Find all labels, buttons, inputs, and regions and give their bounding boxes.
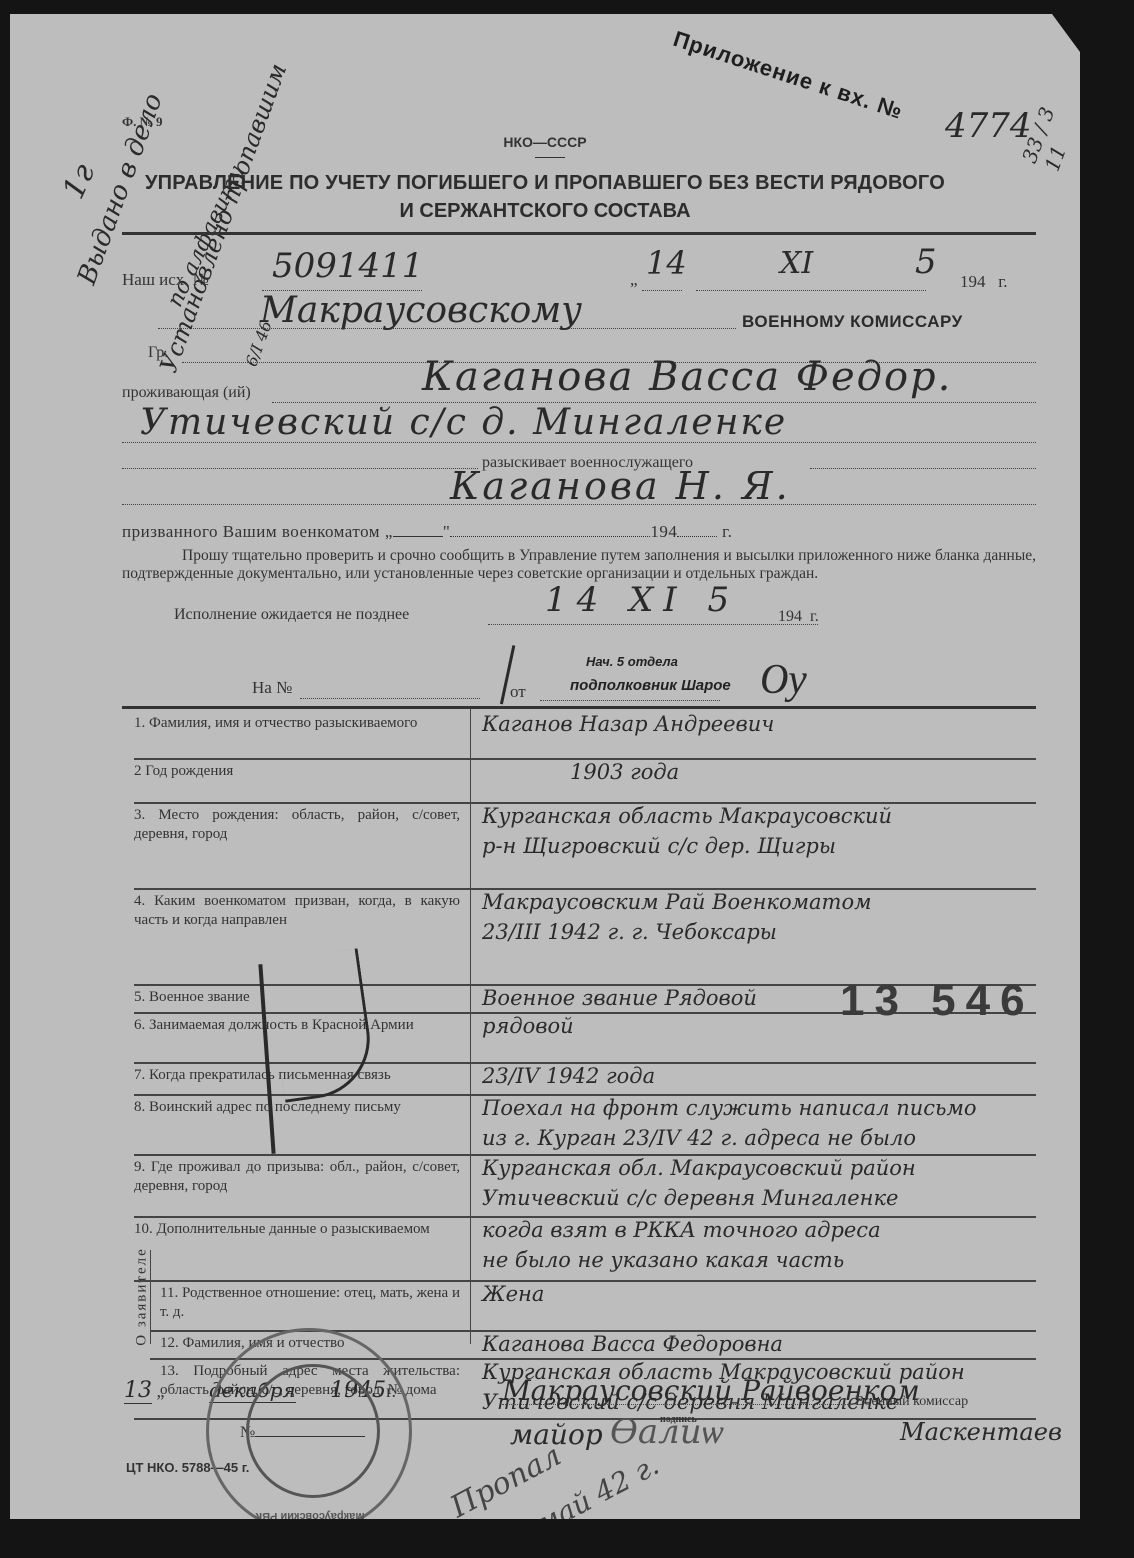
row-answer: Макраусовским Рай Военкоматом — [482, 890, 872, 914]
table-top-rule — [122, 706, 1036, 709]
incoming-stamp-label: Приложение к вх. № — [670, 26, 906, 124]
called-up-label: призванного Вашим военкоматом „"194 г. — [122, 522, 732, 542]
deadline-year: 194 г. — [778, 608, 819, 626]
on-no-label: На № — [252, 678, 292, 698]
commissar-line — [502, 1390, 852, 1405]
row-label-text: Фамилия, имя и отчество разыскиваемого — [149, 715, 417, 731]
row-number: 4. — [134, 893, 145, 909]
called-up-text: призванного Вашим военкоматом — [122, 522, 380, 541]
row-label-text: Где проживал до призыва: обл., район, с/… — [134, 1159, 460, 1194]
org-name: НКО—СССР — [10, 134, 1080, 150]
row-answer: когда взят в РККА точного адреса — [482, 1218, 881, 1242]
row-divider — [134, 1280, 1036, 1282]
row-label: 2 Год рождения — [134, 762, 460, 781]
row-answer: из г. Курган 23/IV 42 г. адреса не было — [482, 1126, 916, 1150]
header-rule — [122, 232, 1036, 235]
row-answer: Каганова Васса Федоровна — [482, 1332, 783, 1356]
row-number: 6. — [134, 1017, 145, 1033]
residing-label: проживающая (ий) — [122, 384, 251, 402]
searching-line-left — [122, 458, 478, 469]
org-divider — [535, 157, 565, 158]
row-label: 10. Дополнительные данные о разыскиваемо… — [134, 1220, 460, 1239]
outgoing-day: 14 — [646, 244, 687, 282]
outgoing-month: XI — [780, 246, 813, 281]
row-label-text: Год рождения — [145, 763, 233, 779]
addressee-hand: Макраусовскому — [260, 290, 582, 331]
outgoing-year: 194 г. — [960, 272, 1008, 292]
commissar-signature: Ѳaлиѡ — [610, 1412, 723, 1452]
row-number: 5. — [134, 989, 145, 1005]
round-stamp-text: Макраусовский РВК — [210, 1510, 410, 1522]
row-number: 7. — [134, 1067, 145, 1083]
row-answer: не было не указано какая часть — [482, 1248, 844, 1272]
row-answer: Курганская область Макраусовский — [482, 804, 892, 828]
row-label-text: Место рождения: область, район, с/совет,… — [134, 807, 460, 842]
row-answer: Курганская обл. Макраусовский район — [482, 1156, 916, 1180]
row-label: 1. Фамилия, имя и отчество разыскиваемог… — [134, 714, 460, 733]
row-label-text: Родственное отношение: отец, мать, жена … — [160, 1285, 460, 1320]
row-answer: Жена — [482, 1282, 544, 1306]
gr-label: Гр. — [148, 344, 168, 362]
from-line — [540, 686, 720, 701]
deadline-hand: 14 XI 5 — [545, 580, 739, 620]
searching-line-right — [810, 458, 1036, 469]
row-label: 11. Родственное отношение: отец, мать, ж… — [160, 1284, 460, 1322]
round-stamp-inner — [246, 1364, 380, 1498]
year-suffix: г. — [998, 272, 1007, 291]
row-label: 4. Каким военкоматом призван, когда, в к… — [134, 892, 460, 930]
deadline-year-suffix: г. — [810, 608, 819, 625]
row-label: 3. Место рождения: область, район, с/сов… — [134, 806, 460, 844]
row-answer: рядовой — [482, 1014, 574, 1038]
row-number: 9. — [134, 1159, 145, 1175]
stamp-line-1: Нач. 5 отдела — [570, 654, 731, 669]
form-number: Ф. № 9 — [122, 114, 162, 130]
on-no-line — [300, 684, 480, 699]
row-answer: Поехал на фронт служить написал письмо — [482, 1096, 977, 1120]
footer-day: 13 — [124, 1378, 152, 1404]
row-answer: Военное звание Рядовой — [482, 986, 757, 1010]
incoming-stamp: Приложение к вх. № — [670, 26, 906, 125]
row-number: 1. — [134, 715, 145, 731]
title-line-1: УПРАВЛЕНИЕ ПО УЧЕТУ ПОГИБШЕГО И ПРОПАВШЕ… — [10, 172, 1080, 195]
outgoing-number: 5091411 — [272, 246, 423, 286]
row-number: 3. — [134, 807, 145, 823]
request-text: Прошу тщательно проверить и срочно сообщ… — [122, 547, 1036, 583]
row-label-text: Воинский адрес по последнему письму — [149, 1099, 401, 1115]
row-number: 2 — [134, 763, 142, 779]
applicant-name-hand: Каганова Васса Федор. — [422, 354, 952, 400]
registry-number: 13 546 — [840, 976, 1035, 1026]
quote-mark: „ — [630, 270, 638, 290]
row-label-text: Военное звание — [149, 989, 250, 1005]
row-answer: 1903 года — [570, 760, 679, 784]
row-number: 13. — [160, 1363, 179, 1379]
commissar-name-hand: Маскентаев — [900, 1418, 1062, 1446]
row-answer: Каганов Назар Андреевич — [482, 712, 774, 736]
row-answer: 23/IV 1942 года — [482, 1064, 655, 1088]
address-line — [122, 432, 1036, 443]
row-answer: Утичевский с/с деревня Мингаленке — [482, 1186, 898, 1210]
row-label-text: Дополнительные данные о разыскиваемом — [157, 1221, 430, 1237]
called-up-year-suffix: г. — [722, 522, 732, 541]
from-label: от — [510, 682, 526, 702]
called-up-year: 194 — [650, 522, 677, 541]
commissar-label: Военный комиссар — [855, 1394, 968, 1410]
soldier-line — [122, 494, 1036, 505]
row-number: 11. — [160, 1285, 178, 1301]
year-prefix: 194 — [960, 272, 986, 291]
row-answer: 23/III 1942 г. г. Чебоксары — [482, 920, 777, 944]
row-number: 10. — [134, 1221, 153, 1237]
row-label-text: Каким военкоматом призван, когда, в каку… — [134, 893, 460, 928]
applicant-group-label: О заявителе — [134, 1247, 151, 1347]
document-page: Приложение к вх. № 4774 33 / 3 11 1г Выд… — [10, 14, 1080, 1519]
row-label: 9. Где проживал до призыва: обл., район,… — [134, 1158, 460, 1196]
outgoing-year-hand: 5 — [915, 242, 937, 282]
row-answer: р-н Щигровский с/с дер. Щигры — [482, 834, 836, 858]
title-line-2: И СЕРЖАНТСКОГО СОСТАВА — [10, 200, 1080, 223]
row-number: 12. — [160, 1335, 179, 1351]
chief-signature: Ѹ — [760, 654, 807, 704]
rank-hand: майор — [510, 1418, 603, 1451]
outgoing-label: Наш исх. № — [122, 270, 209, 290]
addressee-label: ВОЕННОМУ КОМИССАРУ — [742, 312, 963, 332]
row-number: 8. — [134, 1099, 145, 1115]
deadline-year-prefix: 194 — [778, 608, 802, 625]
deadline-label: Исполнение ожидается не позднее — [174, 606, 409, 624]
